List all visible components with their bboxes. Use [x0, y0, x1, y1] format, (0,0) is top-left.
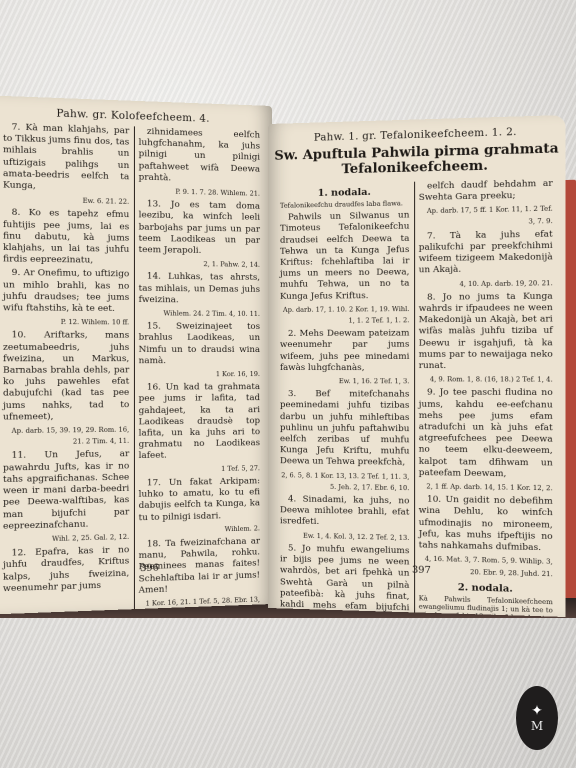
- verse: 4. Sinadami, ka juhs, no Deewa mihlotee …: [280, 494, 409, 530]
- verse: 10. Un gaidit no debefihm wina Dehlu, ko…: [419, 495, 553, 555]
- cross-reference: 2, 6. 5, 8. 1 Kor. 13, 13. 2 Tef. 1, 11.…: [280, 470, 409, 494]
- cross-reference: 2, 1. Pahw. 2, 14.: [139, 258, 260, 271]
- verse: 10. Ariftarks, mans zeetumabeedris, juhs…: [3, 331, 129, 424]
- verse: 17. Un fakat Arkipam: luhko to amatu, ko…: [139, 476, 260, 524]
- verse: 11. Un Jefus, ar pawahrdu Jufts, kas ir …: [3, 449, 129, 532]
- verse: 7. Tà ka juhs efat palikufchi par preekf…: [419, 229, 553, 277]
- cross-reference: Wihl. 2, 25. Gal. 2, 12.: [3, 532, 129, 547]
- book-title: Sw. Apuftula Pahwila pirma grahmata Tefa…: [274, 141, 559, 179]
- chapter-heading: 2. nodala.: [419, 581, 553, 596]
- left-column-1: 7. Kà man klahjahs, par to Tikkus jums f…: [0, 122, 133, 615]
- verse: eelfch daudf behdahm ar Swehta Gara pree…: [419, 179, 553, 205]
- verse: 14. Luhkas, tas ahrsts, tas mihlais, un …: [139, 272, 260, 307]
- cross-reference: 4, 16. Mat. 3, 7. Rom. 5, 9. Wihlip. 3, …: [419, 554, 553, 580]
- cross-reference: Ew. 6. 21. 22.: [3, 194, 129, 208]
- page-number: 397: [412, 565, 431, 577]
- right-page: Pahw. 1. gr. Tefalonikeefcheem. 1. 2. Sw…: [268, 115, 566, 617]
- cross-reference: 4, 10. Ap. darb. 19, 20. 21.: [419, 278, 553, 291]
- cross-reference: P. 12. Wihlem. 10 ff.: [3, 317, 129, 329]
- cross-reference: Ew. 1, 4. Kol. 3, 12. 2 Tef. 2, 13.: [280, 530, 409, 544]
- verse: 12. Epafra, kas ir no juhfu draudfes, Kr…: [3, 545, 129, 595]
- verse: zihnidamees eelfch luhgfchanahm, ka juhs…: [139, 127, 260, 187]
- page-number: 396: [140, 562, 159, 574]
- verse: 13. Jo es tam doma leezibu, ka winfch le…: [139, 199, 260, 258]
- right-column-1: 1. nodala. Tefalonikeefchu draudfes laba…: [276, 182, 414, 617]
- watermark-letter: M: [531, 720, 543, 732]
- cross-reference: Ap. darb. 17, 1. 10. 2 Kor. 1, 19. Wihl.…: [280, 304, 409, 327]
- verse: 8. Ko es tapehz efmu fuhtijis pee jums, …: [3, 208, 129, 268]
- verse: 5. Jo muhfu ewangeliums ir bijis pee jum…: [280, 543, 409, 617]
- cross-reference: 1 Tef. 5, 27.: [139, 463, 260, 476]
- right-column-2: eelfch daudf behdahm ar Swehta Gara pree…: [414, 178, 557, 617]
- cross-reference: Ap. darb. 17, 5 ff. 1 Kor. 11, 1. 2 Tef.…: [419, 204, 553, 229]
- verse: 15. Sweizinajeet tos brahlus Laodikeas, …: [139, 322, 260, 368]
- cross-reference: 4, 9. Rom. 1, 8. (16, 18.) 2 Tef. 1, 4.: [419, 374, 553, 386]
- verse: 9. Jo tee paschi fludina no jums, kahdu …: [419, 388, 553, 481]
- verse: 9. Ar Onefimu, to uftizigo un mihlo brah…: [3, 268, 129, 315]
- verse: Pahwils un Silwanus un Timoteus Tefaloni…: [280, 211, 409, 303]
- cross-reference: Wihlem. 24. 2 Tim. 4, 10. 11.: [139, 308, 260, 320]
- left-page: Pahw. gr. Kolofeefcheem. 4. 7. Kà man kl…: [0, 95, 272, 614]
- cross-reference: Ew. 1, 16. 2 Tef. 1, 3.: [280, 376, 409, 388]
- cross-reference: Wihlem. 2.: [139, 523, 260, 537]
- cross-reference: Ap. darb. 15, 39. 19, 29. Rom. 16, 21. 2…: [3, 425, 129, 450]
- chapter-summary: Tefalonikeefchu draudfes laba flawa.: [280, 199, 409, 210]
- diamond-flower-icon: ✦: [531, 704, 543, 718]
- verse: 2. Mehs Deewam pateizam weenumehr par ju…: [280, 329, 409, 375]
- watermark-logo: ✦ M: [516, 686, 558, 750]
- verse: 8. Jo no jums ta Kunga wahrds ir ifpaude…: [419, 291, 553, 372]
- verse: 7. Kà man klahjahs, par to Tikkus jums f…: [3, 122, 129, 195]
- chapter-heading: 1. nodala.: [280, 186, 409, 200]
- cross-reference: 1 Kor. 16, 19.: [139, 369, 260, 381]
- cross-reference: 2, 1 ff. Ap. darb. 14, 15. 1 Kor. 12, 2.: [419, 481, 553, 494]
- cross-reference: P. 9. 1. 7. 28. Wihlem. 21.: [139, 186, 260, 200]
- verse: 16. Un kad ta grahmata pee jums ir lafit…: [139, 382, 260, 462]
- verse: 3. Bef mitefchanahs peeminedami juhfu ti…: [280, 389, 409, 469]
- left-column-2: zihnidamees eelfch luhgfchanahm, ka juhs…: [133, 126, 264, 614]
